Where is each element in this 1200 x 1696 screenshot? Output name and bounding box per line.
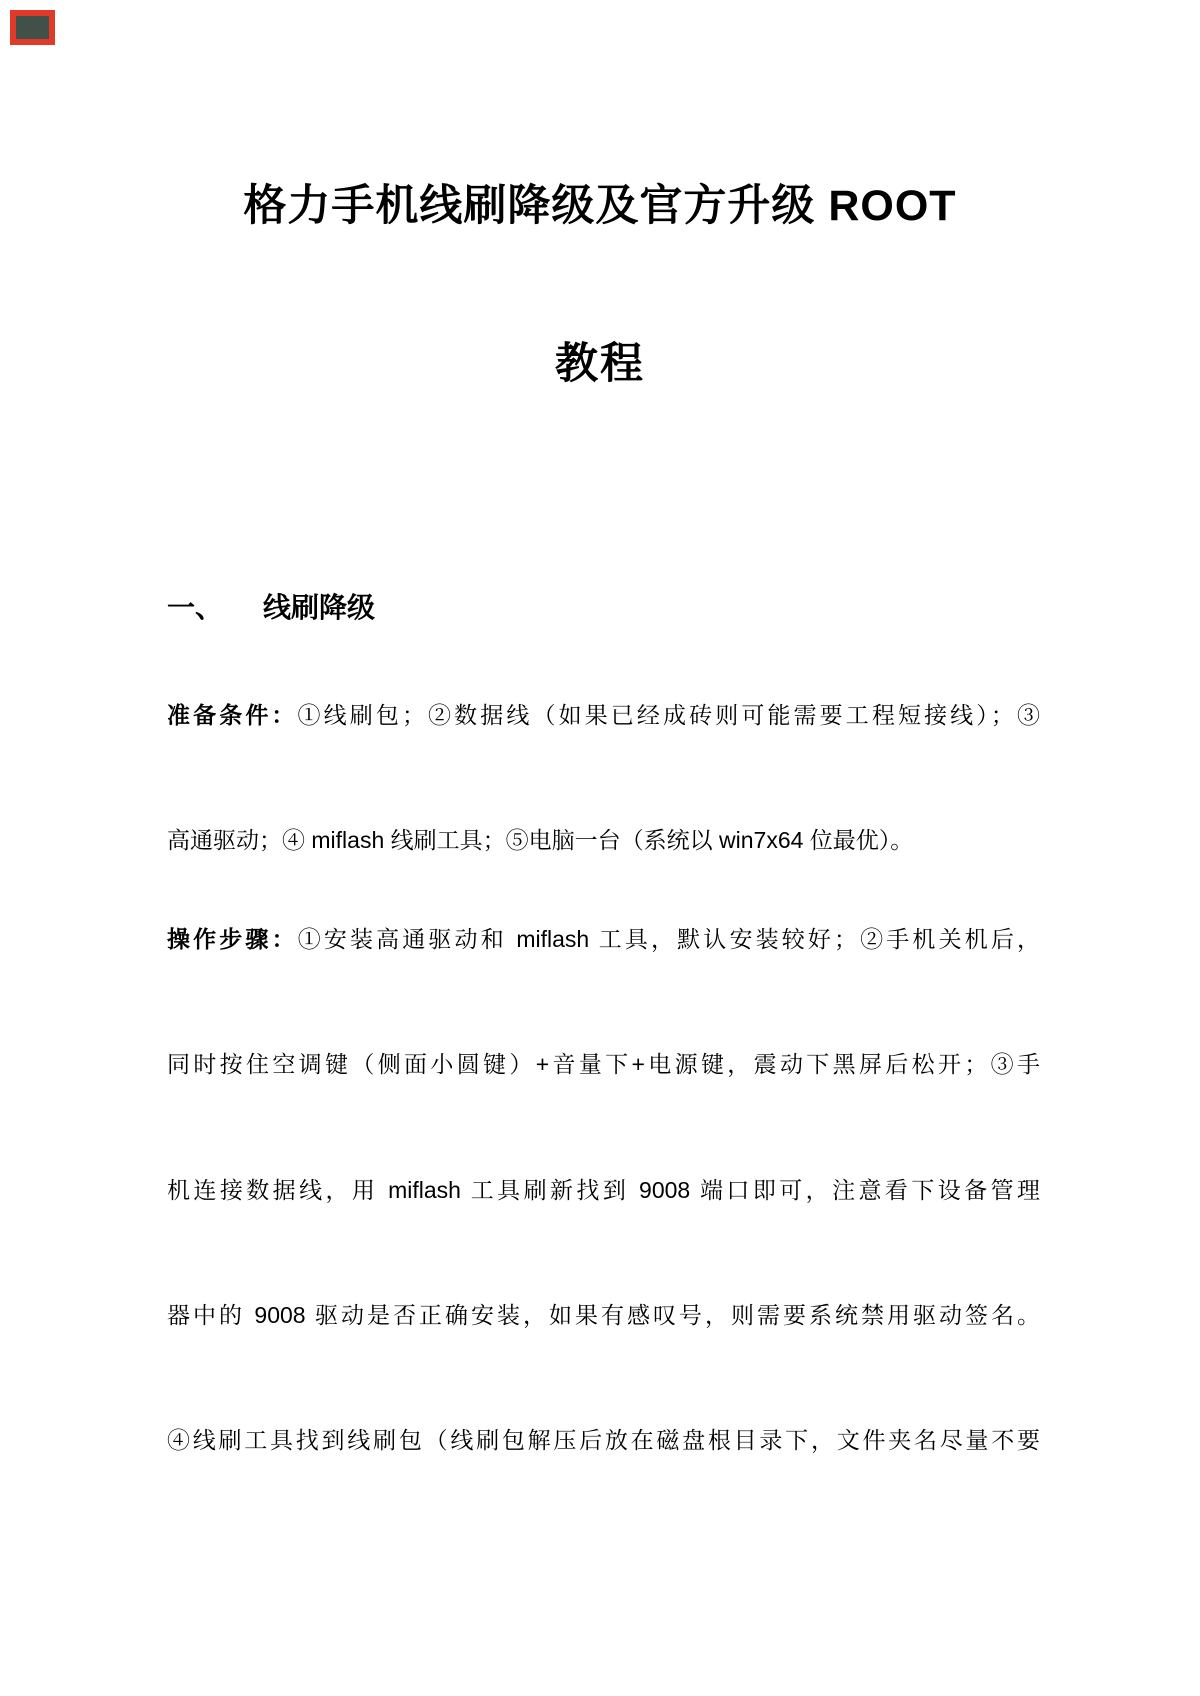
paragraph-1-lead: 准备条件： <box>167 702 298 728</box>
paragraph-2-line-4-text: 器中的 9008 驱动是否正确安装，如果有感叹号，则需要系统禁用驱动签名。 <box>167 1302 1040 1328</box>
paragraph-2-line-2-text: 同时按住空调键（侧面小圆键）+音量下+电源键，震动下黑屏后松开；③手 <box>167 1051 1040 1077</box>
section-label: 线刷降级 <box>263 592 375 623</box>
document-subtitle: 教程 <box>0 340 1200 389</box>
paragraph-2-line-3-text: 机连接数据线，用 miflash 工具刷新找到 9008 端口即可，注意看下设备… <box>167 1177 1040 1203</box>
document-page: 格力手机线刷降级及官方升级 ROOT 教程 一、线刷降级 准备条件：①线刷包；②… <box>0 0 1200 1696</box>
paragraph-2-line-5: ④线刷工具找到线刷包（线刷包解压后放在磁盘根目录下，文件夹名尽量不要 <box>167 1424 1040 1456</box>
paragraph-1-line-1: 准备条件：①线刷包；②数据线（如果已经成砖则可能需要工程短接线）；③ <box>167 699 1040 731</box>
section-number: 一、 <box>167 592 223 623</box>
paragraph-2-line-1-text: ①安装高通驱动和 miflash 工具，默认安装较好；②手机关机后， <box>298 926 1040 952</box>
paragraph-2-line-3: 机连接数据线，用 miflash 工具刷新找到 9008 端口即可，注意看下设备… <box>167 1174 1040 1206</box>
paragraph-2-lead: 操作步骤： <box>167 926 298 952</box>
corner-marker-icon <box>10 10 55 45</box>
paragraph-2-line-5-text: ④线刷工具找到线刷包（线刷包解压后放在磁盘根目录下，文件夹名尽量不要 <box>167 1427 1040 1453</box>
paragraph-1-line-2-text: 高通驱动；④ miflash 线刷工具；⑤电脑一台（系统以 win7x64 位最… <box>167 827 913 853</box>
document-title: 格力手机线刷降级及官方升级 ROOT <box>0 182 1200 231</box>
paragraph-2-line-1: 操作步骤：①安装高通驱动和 miflash 工具，默认安装较好；②手机关机后， <box>167 923 1040 955</box>
paragraph-2-line-2: 同时按住空调键（侧面小圆键）+音量下+电源键，震动下黑屏后松开；③手 <box>167 1048 1040 1080</box>
paragraph-1-line-2: 高通驱动；④ miflash 线刷工具；⑤电脑一台（系统以 win7x64 位最… <box>167 824 1040 856</box>
paragraph-1-line-1-text: ①线刷包；②数据线（如果已经成砖则可能需要工程短接线）；③ <box>298 702 1040 728</box>
section-heading: 一、线刷降级 <box>167 592 375 624</box>
paragraph-2-line-4: 器中的 9008 驱动是否正确安装，如果有感叹号，则需要系统禁用驱动签名。 <box>167 1299 1040 1331</box>
